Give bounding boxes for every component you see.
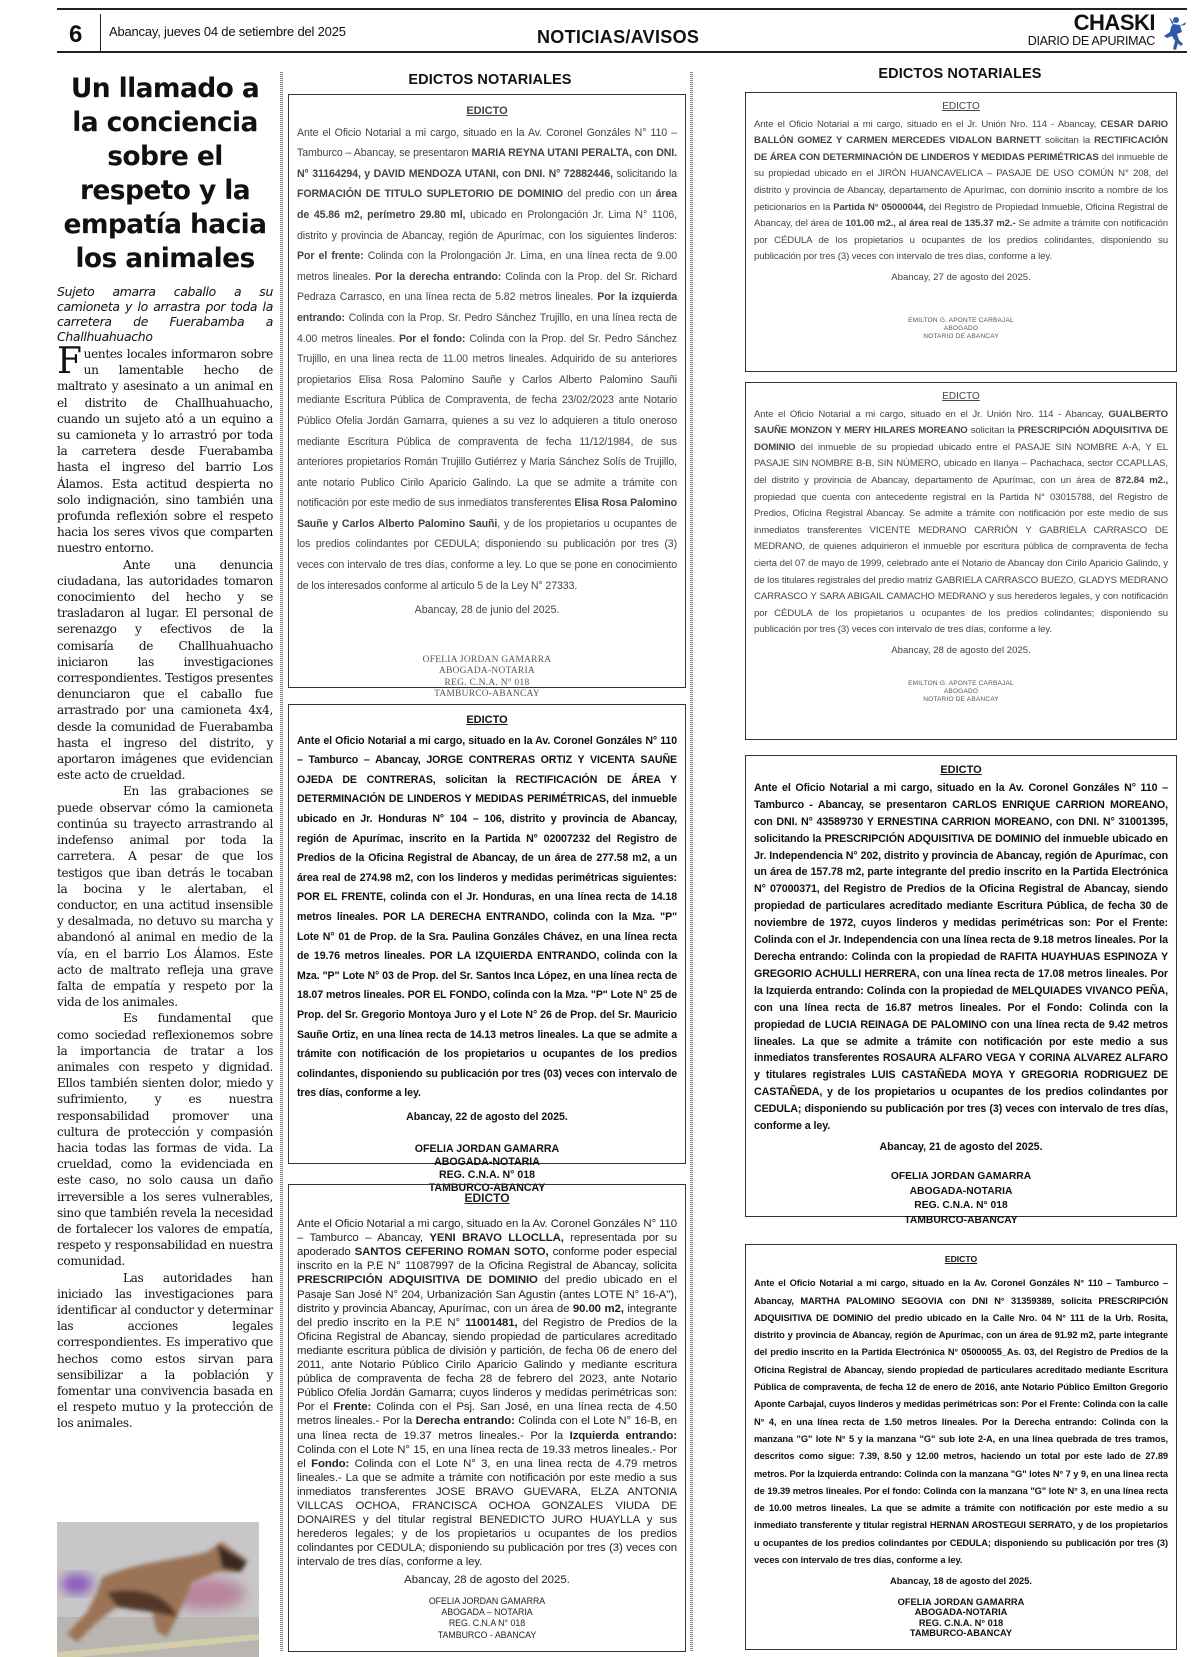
edict-body: Ante el Oficio Notarial a mi cargo, situ…	[754, 780, 1168, 1135]
edict-notice: EDICTO Ante el Oficio Notarial a mi carg…	[745, 1244, 1177, 1650]
edict-title: EDICTO	[297, 711, 677, 731]
edict-date: Abancay, 28 de agosto del 2025.	[297, 1573, 677, 1587]
brand: CHASKI DIARIO DE APURIMAC	[1028, 12, 1155, 49]
article-subhead: Sujeto amarra caballo a su camioneta y l…	[57, 284, 273, 344]
edict-body: Ante el Oficio Notarial a mi cargo, situ…	[297, 123, 677, 597]
news-article: Un llamado a la conciencia sobre el resp…	[57, 72, 273, 1432]
edict-notice: EDICTO Ante el Oficio Notarial a mi carg…	[288, 94, 686, 688]
article-paragraph: Es fundamental que como sociedad reflexi…	[57, 1010, 273, 1269]
edict-body: Ante el Oficio Notarial a mi cargo, situ…	[297, 732, 677, 1104]
edict-title: EDICTO	[297, 1191, 677, 1205]
edicts-column-title: EDICTOS NOTARIALES	[745, 66, 1175, 82]
notary-signature: OFELIA JORDAN GAMARRA ABOGADA-NOTARIA RE…	[754, 1597, 1168, 1639]
edict-date: Abancay, 27 de agosto del 2025.	[754, 270, 1168, 287]
edict-title: EDICTO	[297, 101, 677, 122]
column-divider	[690, 72, 693, 1652]
dropcap: F	[57, 348, 82, 376]
article-body: Fuentes locales informaron sobre un lame…	[57, 346, 273, 1432]
edicts-column-title: EDICTOS NOTARIALES	[295, 72, 685, 88]
edict-title: EDICTO	[754, 762, 1168, 779]
edict-body: Ante el Oficio Notarial a mi cargo, situ…	[754, 407, 1168, 639]
edict-date: Abancay, 18 de agosto del 2025.	[754, 1573, 1168, 1590]
edict-title: EDICTO	[754, 389, 1168, 406]
article-paragraph: Las autoridades han iniciado las investi…	[57, 1270, 273, 1432]
edict-date: Abancay, 28 de junio del 2025.	[297, 600, 677, 621]
article-paragraph: En las grabaciones se puede observar cóm…	[57, 783, 273, 1010]
brand-subtitle: DIARIO DE APURIMAC	[1028, 34, 1155, 49]
notary-signature: EMILTON G. APONTE CARBAJAL ABOGADO NOTAR…	[754, 317, 1168, 341]
edict-notice: EDICTO Ante el Oficio Notarial a mi carg…	[288, 704, 686, 1164]
edict-title: EDICTO	[754, 1251, 1168, 1268]
edict-date: Abancay, 28 de agosto del 2025.	[754, 643, 1168, 660]
edict-notice: EDICTO Ante el Oficio Notarial a mi carg…	[745, 755, 1177, 1217]
edict-body: Ante el Oficio Notarial a mi cargo, situ…	[754, 1275, 1168, 1569]
section-title: NOTICIAS/AVISOS	[537, 27, 699, 48]
notary-signature: OFELIA JORDAN GAMARRA ABOGADA-NOTARIA RE…	[754, 1170, 1168, 1229]
edict-date: Abancay, 22 de agosto del 2025.	[297, 1108, 677, 1128]
edict-body: Ante el Oficio Notarial a mi cargo, situ…	[297, 1217, 677, 1569]
page-number: 6	[69, 21, 82, 49]
article-paragraph: Fuentes locales informaron sobre un lame…	[57, 346, 273, 557]
edict-notice: EDICTO Ante el Oficio Notarial a mi carg…	[745, 382, 1177, 740]
chaski-runner-logo-icon	[1161, 14, 1187, 52]
horse-photo-icon	[57, 1522, 259, 1657]
notary-signature: OFELIA JORDAN GAMARRA ABOGADA – NOTARIA …	[297, 1596, 677, 1642]
masthead: 6 Abancay, jueves 04 de setiembre del 20…	[57, 8, 1187, 53]
notary-signature: EMILTON G. APONTE CARBAJAL ABOGADO NOTAR…	[754, 680, 1168, 704]
edict-notice: EDICTO Ante el Oficio Notarial a mi carg…	[288, 1184, 686, 1652]
edict-body: Ante el Oficio Notarial a mi cargo, situ…	[754, 117, 1168, 266]
edict-date: Abancay, 21 de agosto del 2025.	[754, 1139, 1168, 1156]
edict-notice: EDICTO Ante el Oficio Notarial a mi carg…	[745, 92, 1177, 372]
dateline: Abancay, jueves 04 de setiembre del 2025	[109, 24, 346, 39]
header-divider	[100, 14, 101, 52]
article-photo	[57, 1522, 259, 1657]
brand-name: CHASKI	[1028, 12, 1155, 34]
article-paragraph: Ante una denuncia ciudadana, las autorid…	[57, 557, 273, 784]
article-headline: Un llamado a la conciencia sobre el resp…	[57, 72, 273, 276]
edict-title: EDICTO	[754, 99, 1168, 116]
column-divider	[280, 72, 283, 1652]
notary-signature: OFELIA JORDAN GAMARRA ABOGADA-NOTARIA RE…	[297, 655, 677, 701]
